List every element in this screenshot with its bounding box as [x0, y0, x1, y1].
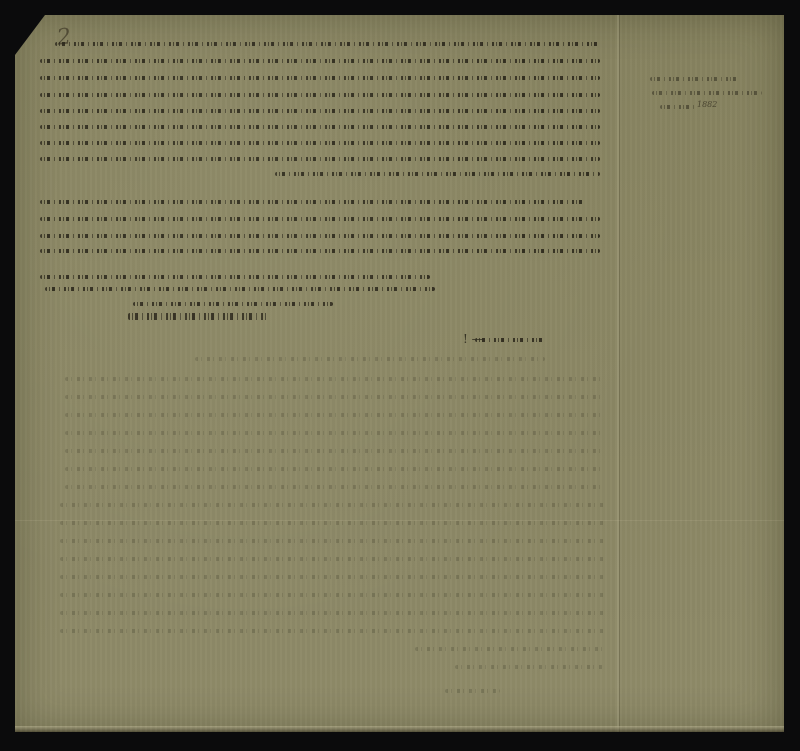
- bleed-line: [65, 465, 605, 473]
- bleed-line: [60, 627, 605, 635]
- fold-line: [617, 15, 619, 732]
- bleed-line: [455, 663, 605, 671]
- text-line: [40, 57, 600, 65]
- text-line: [40, 107, 600, 115]
- bleed-line: [60, 591, 605, 599]
- text-line: [40, 247, 600, 255]
- bleed-line: [60, 519, 605, 527]
- text-line: [275, 170, 600, 178]
- bleed-line: [60, 537, 605, 545]
- text-line: [55, 40, 600, 48]
- margin-note-line: [652, 89, 762, 97]
- bleed-line: [65, 447, 605, 455]
- text-line: [133, 300, 333, 308]
- text-line: [40, 232, 600, 240]
- bleed-line: [65, 429, 605, 437]
- text-line: [40, 215, 600, 223]
- bleed-line: [445, 687, 500, 695]
- margin-note-line: [660, 103, 695, 111]
- text-line: [40, 273, 430, 281]
- text-line: [475, 336, 545, 344]
- bleed-line: [60, 573, 605, 581]
- postscript-mark: ! —: [463, 332, 484, 346]
- text-line: [40, 91, 600, 99]
- bleed-line: [65, 393, 605, 401]
- text-line: [45, 285, 435, 293]
- bleed-line: [415, 645, 605, 653]
- bleed-line: [65, 411, 605, 419]
- bleed-line: [65, 483, 605, 491]
- text-line: [40, 155, 600, 163]
- bleed-line: [65, 375, 605, 383]
- margin-note-line: [650, 75, 740, 83]
- signature: [128, 312, 268, 322]
- margin-note-date: 1882: [697, 100, 717, 109]
- bleed-line: [60, 609, 605, 617]
- text-line: [40, 74, 600, 82]
- bleed-line: [60, 501, 605, 509]
- manuscript-page: 2 ! — 1882: [15, 15, 784, 732]
- paper-bottom-edge: [15, 726, 784, 732]
- bleed-line: [60, 555, 605, 563]
- bleed-line: [195, 355, 545, 363]
- text-line: [40, 123, 600, 131]
- text-line: [40, 139, 600, 147]
- text-line: [40, 198, 585, 206]
